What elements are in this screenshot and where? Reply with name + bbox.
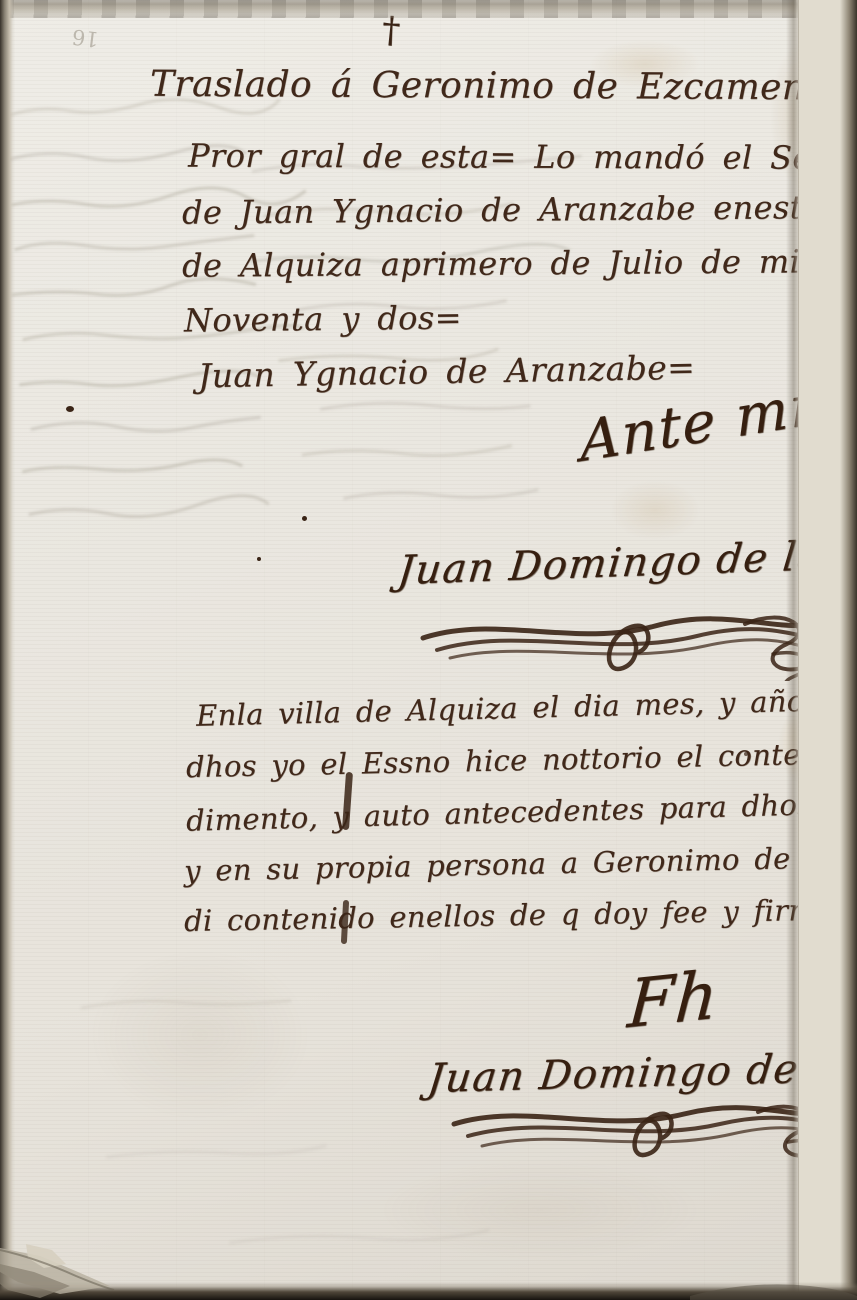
ink-speck: [66, 406, 74, 412]
fecho-mark: Fh: [625, 956, 721, 1044]
ink-speck: [302, 516, 307, 521]
heading-line: de Alquiza aprimero de Julio de mil sete…: [182, 241, 857, 285]
heading-line: Traslado á Geronimo de Ezcamendi Sindico: [150, 64, 857, 109]
manuscript-page: 16 † Traslado á Geronimo de Ezcamendi Si…: [0, 0, 857, 1300]
cross-mark: †: [381, 9, 402, 51]
heading-line: Noventa y dos=: [184, 299, 462, 340]
signature-rubric: [448, 1090, 853, 1165]
folio-number: 16: [71, 24, 100, 51]
heading-line: de Juan Ygnacio de Aranzabe enesta Noble…: [182, 186, 857, 231]
heading-line: Pror gral de esta= Lo mandó el Señor Alc…: [188, 137, 857, 178]
signature-rubric: [415, 596, 840, 681]
ink-speck: [257, 557, 261, 561]
ink-speck: [744, 752, 748, 756]
